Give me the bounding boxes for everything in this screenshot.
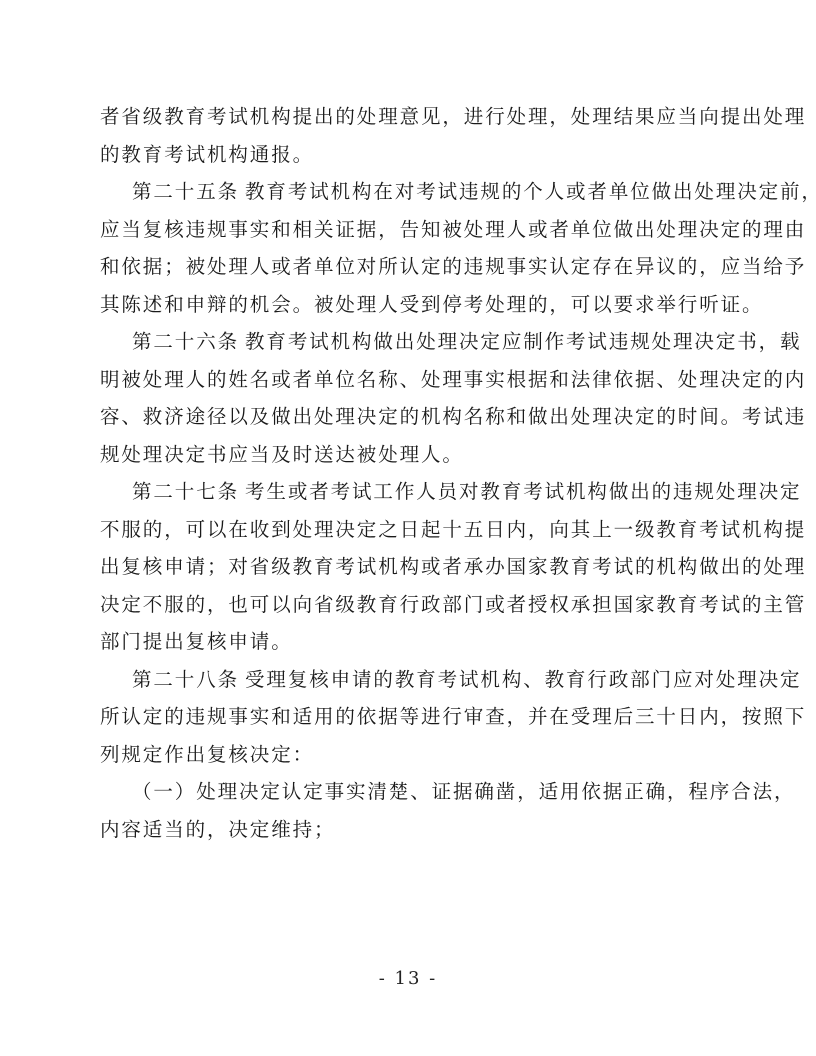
line-text: 教育考试机构做出处理决定应制作考试违规处理决定书，载: [245, 330, 801, 353]
article-first-line: 第二十六条教育考试机构做出处理决定应制作考试违规处理决定书，载: [100, 323, 740, 361]
text-line: 者省级教育考试机构提出的处理意见，进行处理，处理结果应当向提出处理: [100, 98, 740, 136]
line-text: 部门提出复核申请。: [100, 630, 293, 653]
article-first-line: 第二十八条受理复核申请的教育考试机构、教育行政部门应对处理决定: [100, 661, 740, 699]
text-line: 的教育考试机构通报。: [100, 136, 740, 174]
text-line: 应当复核违规事实和相关证据，告知被处理人或者单位做出处理决定的理由: [100, 211, 740, 249]
article-first-line: 第二十七条考生或者考试工作人员对教育考试机构做出的违规处理决定: [100, 473, 740, 511]
line-text: 考生或者考试工作人员对教育考试机构做出的违规处理决定: [245, 480, 801, 503]
text-line: （一）处理决定认定事实清楚、证据确凿，适用依据正确，程序合法，: [100, 773, 740, 811]
line-text: （一）处理决定认定事实清楚、证据确凿，适用依据正确，程序合法，: [132, 780, 795, 803]
text-line: 部门提出复核申请。: [100, 623, 740, 661]
text-line: 所认定的违规事实和适用的依据等进行审查，并在受理后三十日内，按照下: [100, 698, 740, 736]
line-text: 不服的，可以在收到处理决定之日起十五日内，向其上一级教育考试机构提: [100, 518, 806, 541]
line-text: 教育考试机构在对考试违规的个人或者单位做出处理决定前，: [245, 180, 816, 203]
line-text: 者省级教育考试机构提出的处理意见，进行处理，处理结果应当向提出处理: [100, 105, 806, 128]
page-number: - 13 -: [0, 968, 816, 989]
text-line: 不服的，可以在收到处理决定之日起十五日内，向其上一级教育考试机构提: [100, 511, 740, 549]
line-text: 应当复核违规事实和相关证据，告知被处理人或者单位做出处理决定的理由: [100, 218, 806, 241]
text-line: 决定不服的，也可以向省级教育行政部门或者授权承担国家教育考试的主管: [100, 586, 740, 624]
line-text: 规处理决定书应当及时送达被处理人。: [100, 443, 464, 466]
line-text: 出复核申请；对省级教育考试机构或者承办国家教育考试的机构做出的处理: [100, 555, 806, 578]
document-page: 者省级教育考试机构提出的处理意见，进行处理，处理结果应当向提出处理的教育考试机构…: [0, 0, 816, 1056]
text-line: 容、救济途径以及做出处理决定的机构名称和做出处理决定的时间。考试违: [100, 398, 740, 436]
line-text: 容、救济途径以及做出处理决定的机构名称和做出处理决定的时间。考试违: [100, 405, 806, 428]
text-line: 出复核申请；对省级教育考试机构或者承办国家教育考试的机构做出的处理: [100, 548, 740, 586]
line-text: 受理复核申请的教育考试机构、教育行政部门应对处理决定: [245, 668, 801, 691]
line-text: 和依据；被处理人或者单位对所认定的违规事实认定存在异议的，应当给予: [100, 255, 806, 278]
text-line: 内容适当的，决定维持；: [100, 811, 740, 849]
line-text: 内容适当的，决定维持；: [100, 818, 335, 841]
text-line: 规处理决定书应当及时送达被处理人。: [100, 436, 740, 474]
text-line: 明被处理人的姓名或者单位名称、处理事实根据和法律依据、处理决定的内: [100, 361, 740, 399]
line-text: 列规定作出复核决定：: [100, 743, 314, 766]
text-line: 其陈述和申辩的机会。被处理人受到停考处理的，可以要求举行听证。: [100, 286, 740, 324]
line-text: 决定不服的，也可以向省级教育行政部门或者授权承担国家教育考试的主管: [100, 593, 806, 616]
article-number: 第二十八条: [132, 668, 239, 691]
line-text: 其陈述和申辩的机会。被处理人受到停考处理的，可以要求举行听证。: [100, 293, 763, 316]
article-number: 第二十五条: [132, 180, 239, 203]
text-line: 列规定作出复核决定：: [100, 736, 740, 774]
document-body: 者省级教育考试机构提出的处理意见，进行处理，处理结果应当向提出处理的教育考试机构…: [100, 98, 740, 848]
line-text: 明被处理人的姓名或者单位名称、处理事实根据和法律依据、处理决定的内: [100, 368, 806, 391]
article-first-line: 第二十五条教育考试机构在对考试违规的个人或者单位做出处理决定前，: [100, 173, 740, 211]
article-number: 第二十六条: [132, 330, 239, 353]
line-text: 所认定的违规事实和适用的依据等进行审查，并在受理后三十日内，按照下: [100, 705, 806, 728]
article-number: 第二十七条: [132, 480, 239, 503]
text-line: 和依据；被处理人或者单位对所认定的违规事实认定存在异议的，应当给予: [100, 248, 740, 286]
line-text: 的教育考试机构通报。: [100, 143, 314, 166]
